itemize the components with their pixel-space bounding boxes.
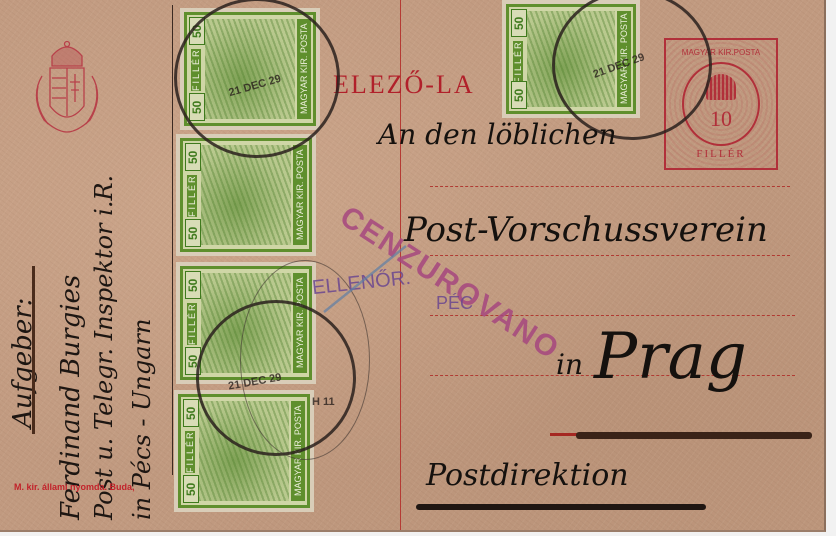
stamp-denomination: FILLÉR (185, 431, 195, 473)
censor-secondary-line2: PÉC (436, 293, 473, 314)
stamp-value: 50 (185, 143, 201, 171)
card-title: ELEZŐ-LA (333, 70, 475, 100)
sender-divider-line (172, 5, 173, 475)
stamp-denomination: FILLÉR (187, 175, 197, 217)
address-line1: An den löblichen (378, 118, 617, 151)
stamp-value: 50 (183, 475, 199, 503)
address-line2: Post-Vorschussverein (404, 210, 768, 250)
stamp-value: 50 (511, 9, 527, 37)
sender-label-underline (32, 266, 35, 434)
stamp-value: 50 (185, 271, 201, 299)
address-in: in (556, 348, 583, 381)
postdirektion-underline (416, 504, 706, 510)
postcard: ELEZŐ-LA 50 FILLÉR 50 MAGYAR KIR. POSTA … (0, 0, 826, 532)
address-line4: Postdirektion (426, 458, 629, 493)
stamp-value: 50 (183, 399, 199, 427)
coat-of-arms-icon (22, 36, 112, 140)
stamp-denomination: FILLÉR (187, 303, 197, 345)
sender-title: Post u. Telegr. Inspektor i.R. (90, 175, 118, 520)
address-city: Prag (594, 320, 747, 394)
stamp-country: MAGYAR KIR. POSTA (293, 145, 307, 245)
postmark-hour: H 11 (312, 396, 335, 408)
stamp-value: 50 (511, 81, 527, 109)
stamp-value: 50 (185, 219, 201, 247)
printer-imprint: M. kir. állami nyomda. Buda, (14, 482, 135, 492)
blue-pencil-stroke (320, 240, 410, 320)
address-line (430, 255, 790, 256)
stamp-denomination: FILLÉR (513, 41, 523, 83)
address-line (430, 186, 790, 187)
city-underline (576, 432, 812, 439)
indicia-denomination: FILLÉR (666, 148, 776, 160)
